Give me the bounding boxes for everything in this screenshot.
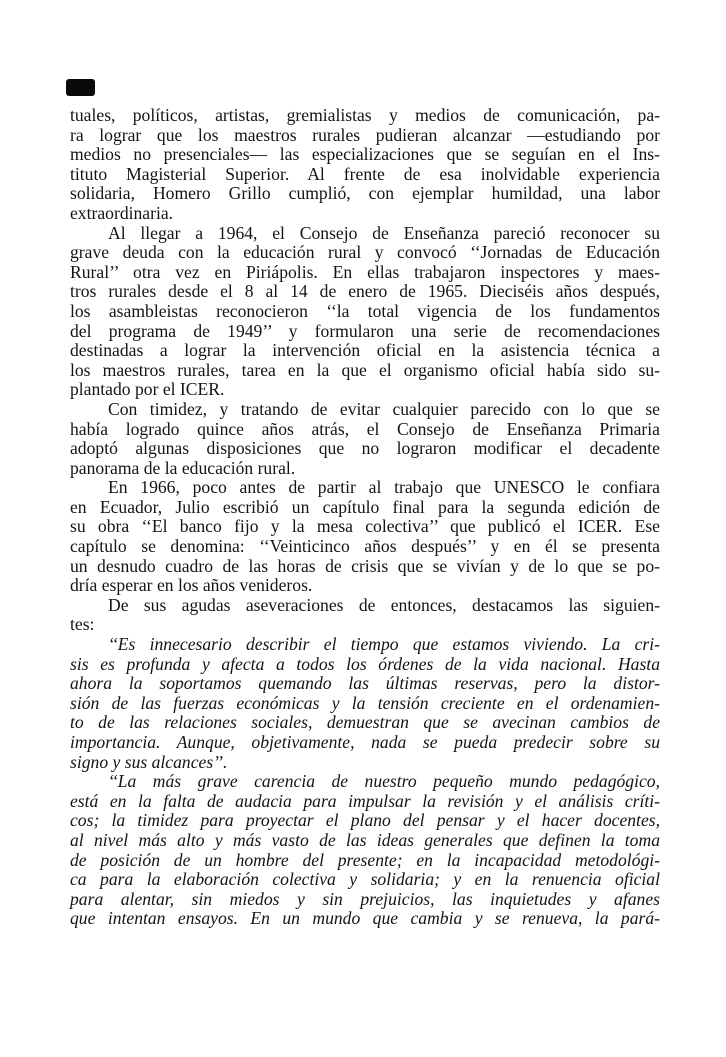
quote-1: ‘‘Es innecesario describir el tiempo que… — [70, 635, 660, 772]
text-line: al nivel más alto y más vasto de las ide… — [70, 831, 660, 851]
paragraph-4: En 1966, poco antes de partir al trabajo… — [70, 478, 660, 596]
text-line: signo y sus alcances’’. — [70, 753, 660, 773]
text-line: de posición de un hombre del presente; e… — [70, 851, 660, 871]
text-line: en Ecuador, Julio escribió un capítulo f… — [70, 498, 660, 518]
text-line: para alentar, sin miedos y sin prejuicio… — [70, 890, 660, 910]
text-line: ‘‘Es innecesario describir el tiempo que… — [70, 635, 660, 655]
text-line: capítulo se denomina: ‘‘Veinticinco años… — [70, 537, 660, 557]
body-text: tuales, políticos, artistas, gremialista… — [70, 106, 660, 929]
text-line: destinadas a lograr la intervención ofic… — [70, 341, 660, 361]
text-line: que intentan ensayos. En un mundo que ca… — [70, 909, 660, 929]
text-line: sión de las fuerzas económicas y la tens… — [70, 694, 660, 714]
quote-2: ‘‘La más grave carencia de nuestro peque… — [70, 772, 660, 929]
text-line: un desnudo cuadro de las horas de crisis… — [70, 557, 660, 577]
text-line: ‘‘La más grave carencia de nuestro peque… — [70, 772, 660, 792]
text-line: importancia. Aunque, objetivamente, nada… — [70, 733, 660, 753]
text-line: En 1966, poco antes de partir al trabajo… — [70, 478, 660, 498]
paragraph-5: De sus agudas aseveraciones de entonces,… — [70, 596, 660, 635]
text-line: está en la falta de audacia para impulsa… — [70, 792, 660, 812]
text-line: los maestros rurales, tarea en la que el… — [70, 361, 660, 381]
text-line: tros rurales desde el 8 al 14 de enero d… — [70, 282, 660, 302]
text-line: cos; la timidez para proyectar el plano … — [70, 811, 660, 831]
text-line: su obra ‘‘El banco fijo y la mesa colect… — [70, 517, 660, 537]
text-line: to de las relaciones sociales, demuestra… — [70, 713, 660, 733]
paragraph-2: Al llegar a 1964, el Consejo de Enseñanz… — [70, 224, 660, 400]
document-page: tuales, políticos, artistas, gremialista… — [0, 0, 726, 1057]
text-line: los asambleistas reconocieron ‘‘la total… — [70, 302, 660, 322]
page-marker-block — [66, 79, 95, 96]
text-line: panorama de la educación rural. — [70, 459, 660, 479]
text-line: solidaria, Homero Grillo cumplió, con ej… — [70, 184, 660, 204]
text-line: había logrado quince años atrás, el Cons… — [70, 420, 660, 440]
paragraph-3: Con timidez, y tratando de evitar cualqu… — [70, 400, 660, 478]
text-line: Rural’’ otra vez en Piriápolis. En ellas… — [70, 263, 660, 283]
text-line: del programa de 1949’’ y formularon una … — [70, 322, 660, 342]
text-line: grave deuda con la educación rural y con… — [70, 243, 660, 263]
text-line: dría esperar en los años venideros. — [70, 576, 660, 596]
text-line: plantado por el ICER. — [70, 380, 660, 400]
text-line: sis es profunda y afecta a todos los órd… — [70, 655, 660, 675]
text-line: tituto Magisterial Superior. Al frente d… — [70, 165, 660, 185]
text-line: tes: — [70, 615, 660, 635]
text-line: De sus agudas aseveraciones de entonces,… — [70, 596, 660, 616]
text-line: Con timidez, y tratando de evitar cualqu… — [70, 400, 660, 420]
text-line: tuales, políticos, artistas, gremialista… — [70, 106, 660, 126]
text-line: ahora la soportamos quemando las últimas… — [70, 674, 660, 694]
text-line: adoptó algunas disposiciones que no logr… — [70, 439, 660, 459]
text-line: ra lograr que los maestros rurales pudie… — [70, 126, 660, 146]
text-line: extraordinaria. — [70, 204, 660, 224]
text-line: Al llegar a 1964, el Consejo de Enseñanz… — [70, 224, 660, 244]
text-line: medios no presenciales— las especializac… — [70, 145, 660, 165]
text-line: ca para la elaboración colectiva y solid… — [70, 870, 660, 890]
paragraph-1: tuales, políticos, artistas, gremialista… — [70, 106, 660, 224]
